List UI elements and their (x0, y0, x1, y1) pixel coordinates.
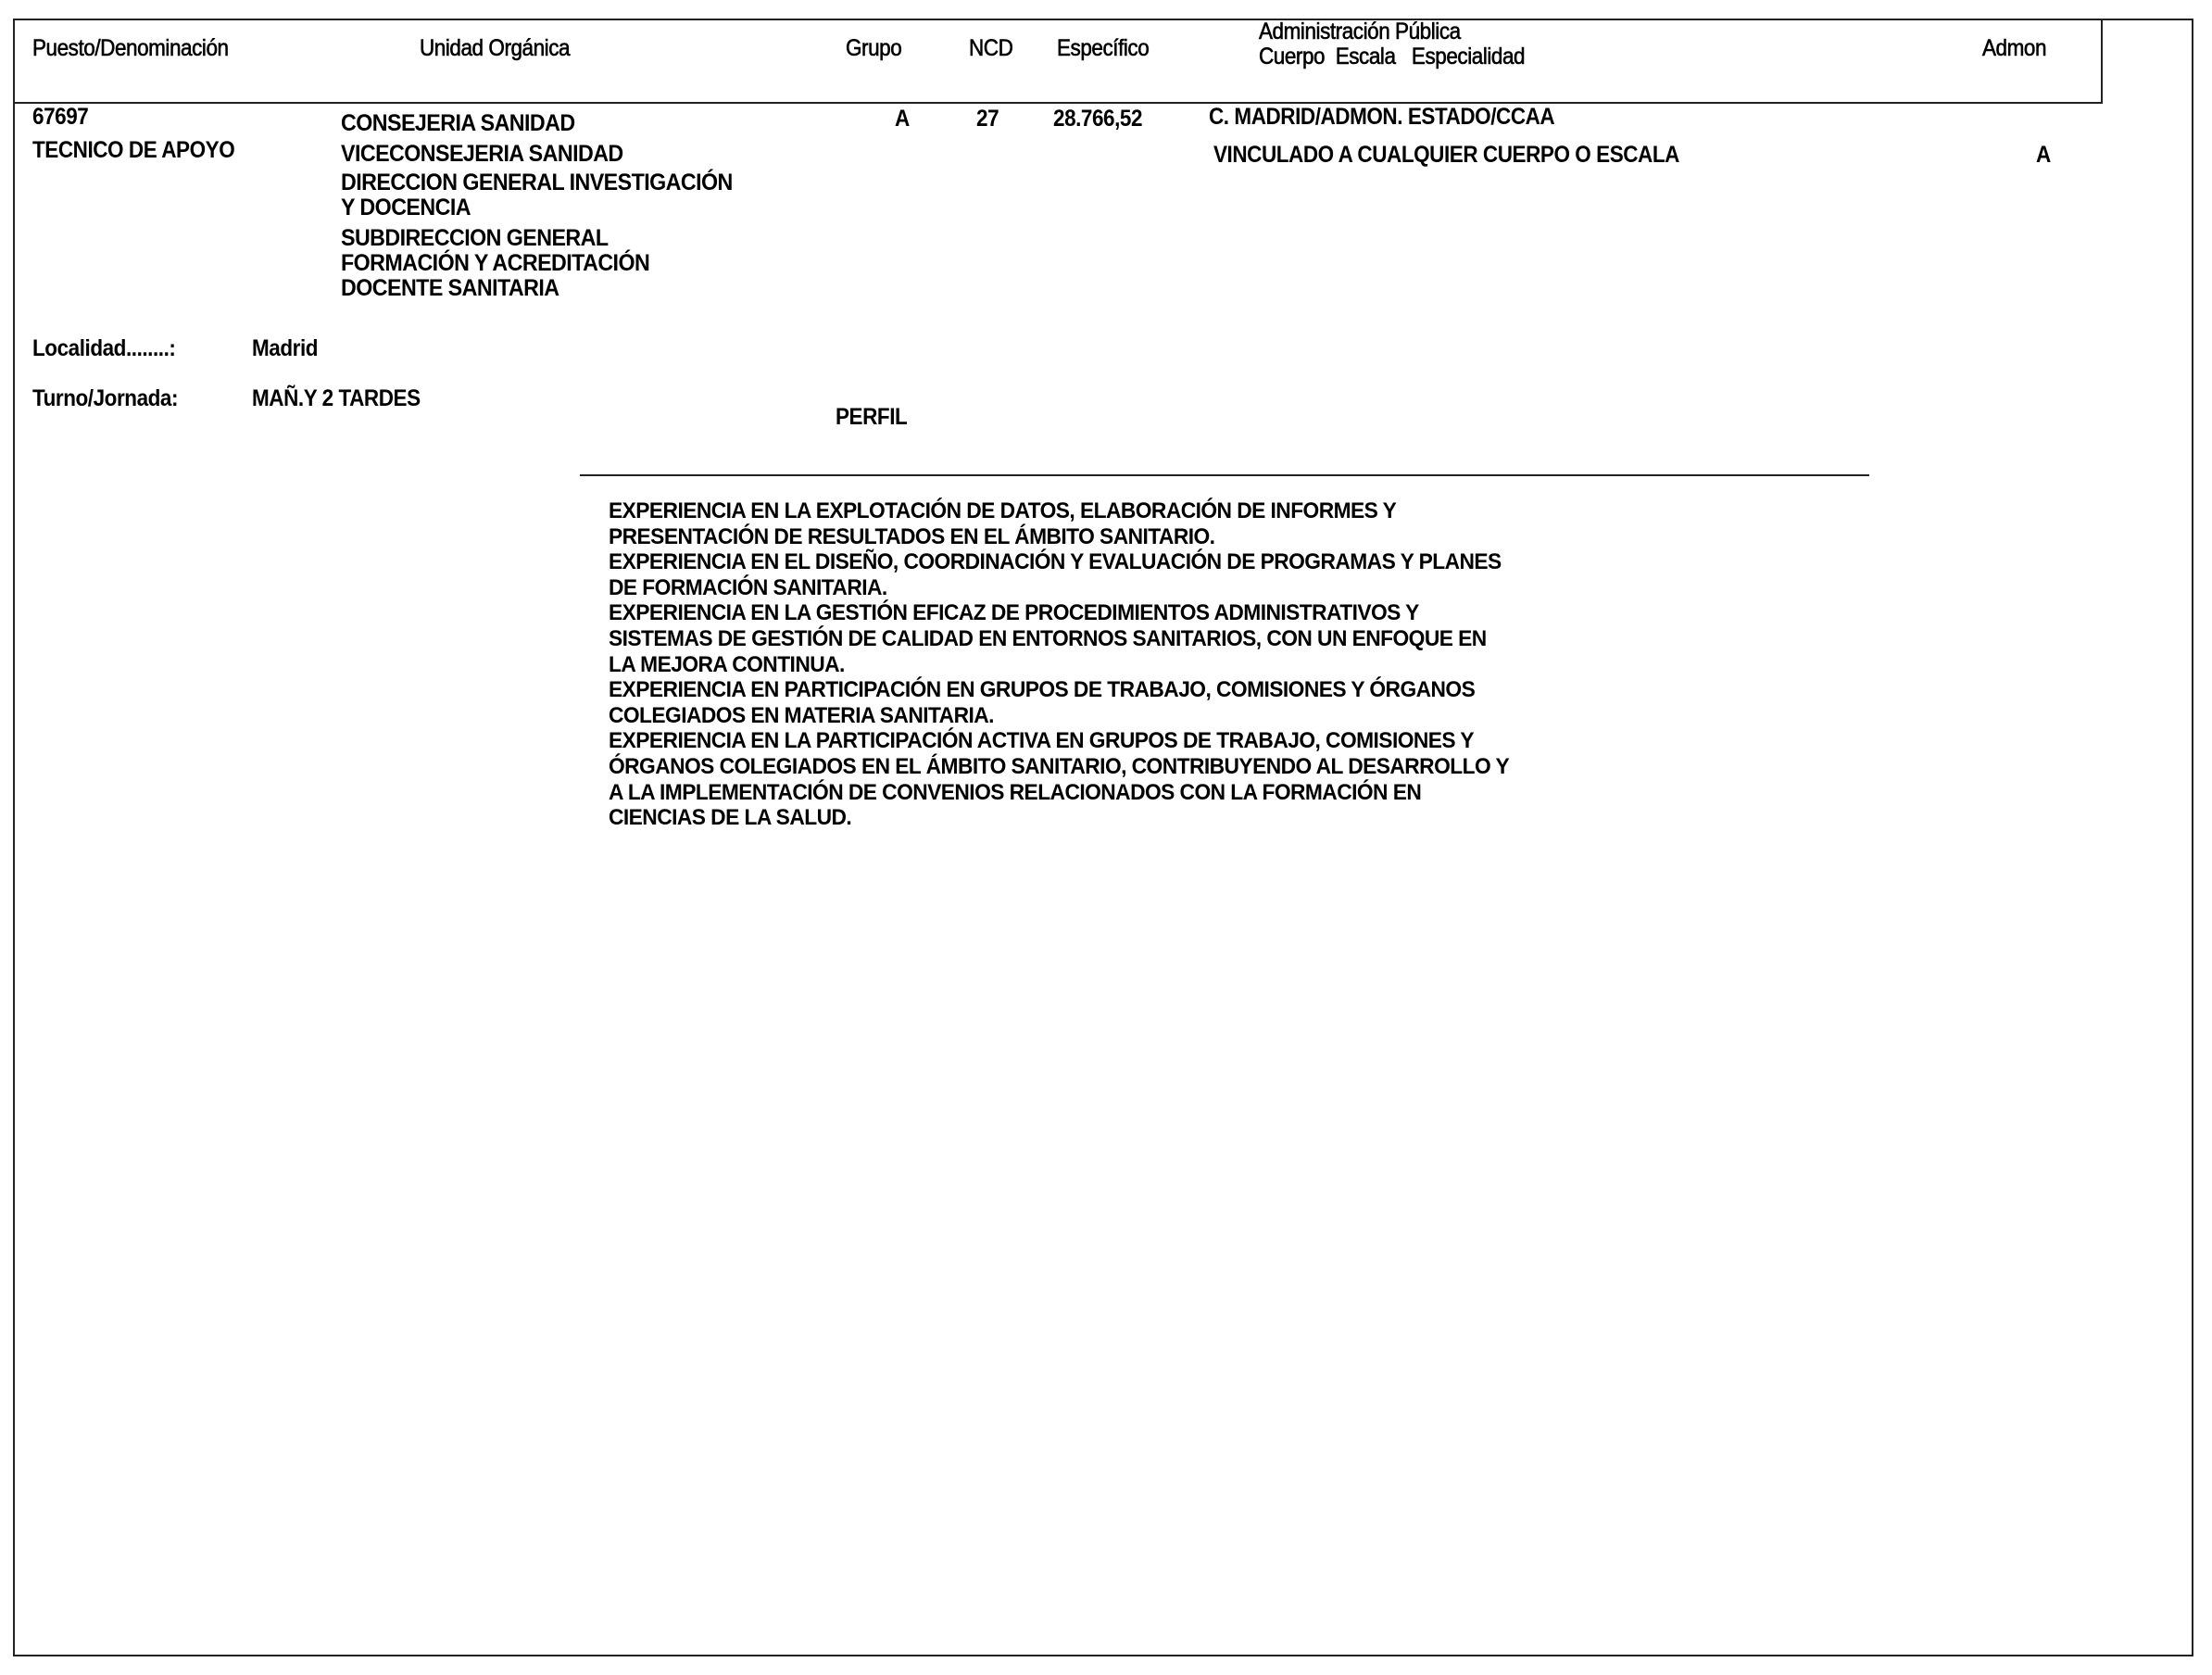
puesto-ncd: 27 (976, 106, 999, 132)
header-ncd: NCD (969, 35, 1012, 62)
perfil-line: DE FORMACIÓN SANITARIA. (609, 575, 1509, 601)
perfil-line: LA MEJORA CONTINUA. (609, 652, 1509, 678)
perfil-title: PERFIL (836, 404, 907, 431)
perfil-line: EXPERIENCIA EN LA PARTICIPACIÓN ACTIVA E… (609, 728, 1509, 754)
perfil-line: COLEGIADOS EN MATERIA SANITARIA. (609, 703, 1509, 729)
puesto-denominacion: TECNICO DE APOYO (32, 137, 234, 164)
puesto-admon: A (2036, 142, 2051, 169)
unidad-organica-line: FORMACIÓN Y ACREDITACIÓN (341, 251, 733, 276)
perfil-line: EXPERIENCIA EN PARTICIPACIÓN EN GRUPOS D… (609, 677, 1509, 703)
perfil-line: EXPERIENCIA EN EL DISEÑO, COORDINACIÓN Y… (609, 549, 1509, 575)
perfil-line: EXPERIENCIA EN LA GESTIÓN EFICAZ DE PROC… (609, 600, 1509, 626)
unidad-organica-line: SUBDIRECCION GENERAL (341, 226, 733, 251)
turno-label: Turno/Jornada: (32, 385, 178, 412)
perfil-line: PRESENTACIÓN DE RESULTADOS EN EL ÁMBITO … (609, 524, 1509, 550)
puesto-administracion-publica: C. MADRID/ADMON. ESTADO/CCAA (1209, 104, 1554, 131)
puesto-codigo: 67697 (32, 104, 88, 131)
unidad-organica-line: CONSEJERIA SANIDAD (341, 107, 733, 139)
header-puesto-denominacion: Puesto/Denominación (32, 35, 229, 62)
perfil-separator (580, 474, 1869, 476)
header-cuerpo-escala-especialidad: Cuerpo Escala Especialidad (1259, 44, 1525, 70)
unidad-organica-line: Y DOCENCIA (341, 195, 733, 220)
unidad-organica-block: CONSEJERIA SANIDAD VICECONSEJERIA SANIDA… (341, 107, 733, 301)
header-administracion-publica: Administración Pública (1259, 19, 1461, 45)
header-admon: Admon (1982, 35, 2046, 62)
localidad-value: Madrid (252, 335, 318, 362)
header-unidad-organica: Unidad Orgánica (420, 35, 570, 62)
perfil-text-block: EXPERIENCIA EN LA EXPLOTACIÓN DE DATOS, … (609, 498, 1509, 831)
perfil-line: EXPERIENCIA EN LA EXPLOTACIÓN DE DATOS, … (609, 498, 1509, 524)
unidad-organica-line: DIRECCION GENERAL INVESTIGACIÓN (341, 170, 733, 195)
unidad-organica-line: DOCENTE SANITARIA (341, 276, 733, 301)
puesto-grupo: A (895, 106, 910, 132)
perfil-line: SISTEMAS DE GESTIÓN DE CALIDAD EN ENTORN… (609, 626, 1509, 652)
localidad-label: Localidad........: (32, 335, 175, 362)
perfil-line: ÓRGANOS COLEGIADOS EN EL ÁMBITO SANITARI… (609, 754, 1509, 780)
unidad-organica-line: VICECONSEJERIA SANIDAD (341, 139, 733, 169)
header-especifico: Específico (1057, 35, 1149, 62)
puesto-especifico: 28.766,52 (1053, 106, 1142, 132)
puesto-cuerpo-escala: VINCULADO A CUALQUIER CUERPO O ESCALA (1213, 142, 1679, 169)
perfil-line: CIENCIAS DE LA SALUD. (609, 805, 1509, 831)
header-grupo: Grupo (846, 35, 901, 62)
turno-value: MAÑ.Y 2 TARDES (252, 385, 421, 412)
perfil-line: A LA IMPLEMENTACIÓN DE CONVENIOS RELACIO… (609, 780, 1509, 806)
